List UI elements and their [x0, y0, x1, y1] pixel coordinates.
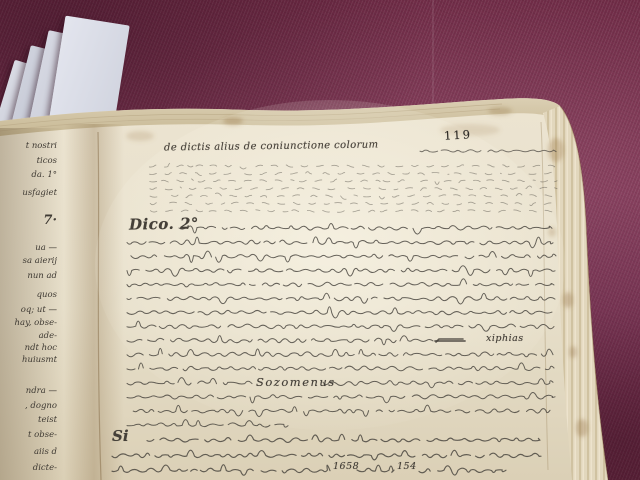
left-page-fragment: , dogno [2, 401, 57, 411]
left-page-fragment: teist [2, 415, 57, 425]
left-page-fragment: nun ad [2, 271, 57, 281]
left-page-fragment: quos [2, 290, 57, 300]
count-figure: 154 [397, 461, 417, 472]
left-page-fragment: huiusmt [2, 355, 57, 365]
left-page-fragment: oq; ut — [2, 305, 57, 315]
year-figure: 1658 [333, 461, 359, 472]
left-page-fragment: ticos [2, 156, 57, 166]
left-page-fragment: t nostri [2, 141, 57, 151]
left-page-fragment: hay, obse- [2, 318, 57, 328]
author-name-sozomenus: Sozomenus [256, 375, 336, 389]
left-page-fragment: aiis d [2, 447, 57, 457]
left-page-fragment: dicte- [2, 463, 57, 473]
left-page-fragment: sa aierij [2, 256, 57, 266]
manuscript-photo-scene: 119 de dictis alius de coniunctione colo… [0, 0, 640, 480]
left-page-fragment: ndt hoc [2, 343, 57, 353]
page-number: 119 [444, 127, 473, 142]
left-page-fragment: usfagiet [2, 188, 57, 198]
left-page-fragment: ua — [2, 243, 57, 253]
left-page-fragment: ade- [2, 331, 57, 341]
left-page-fragment: da. 1° [2, 170, 57, 180]
margin-note: xiphias [486, 333, 524, 344]
left-page-fragment: ndra — [2, 386, 57, 396]
left-page-fragment: 7· [2, 213, 57, 228]
fabric-seam-line [432, 0, 434, 108]
left-page-fragment: t obse- [2, 430, 57, 440]
paragraph-initial: Dico. 2° [129, 214, 199, 233]
section-initial: Si [112, 427, 129, 445]
